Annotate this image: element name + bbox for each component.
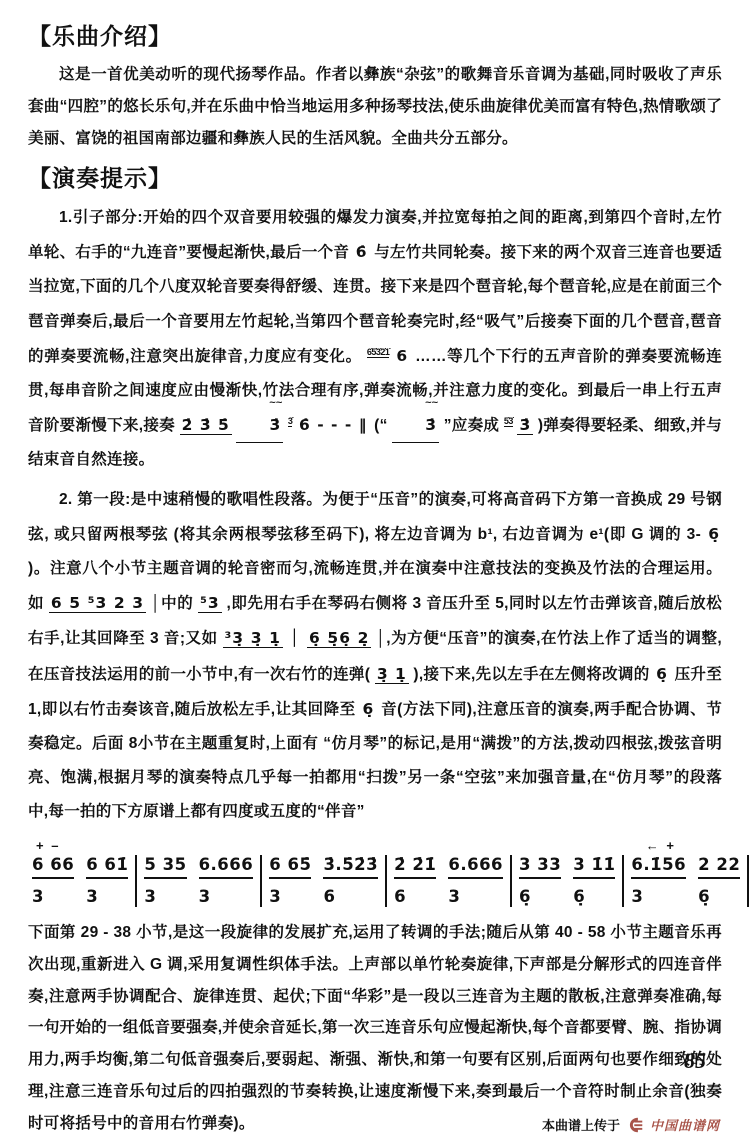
score-bottom-voice: 6 [394, 886, 406, 907]
score-beat: 6.1̇563 [631, 855, 686, 907]
score-top-voice: 6 61̇ [86, 855, 128, 879]
score-bottom-voice: 3 [199, 886, 211, 907]
p2-notation-example-1: 6 5 ⁵3 2 3 [49, 594, 146, 613]
footer-site-name: 中国曲谱网 [650, 1115, 720, 1134]
p1-grace-53: 5̇3̇ [504, 416, 513, 427]
score-top-voice: 3̇.5̇2̇3̇ [323, 855, 378, 879]
document-page: 【乐曲介绍】 这是一首优美动听的现代扬琴作品。作者以彝族“杂弦”的歌舞音乐音调为… [0, 0, 750, 1148]
trill-mark-icon: ~~ [238, 399, 282, 408]
p2-press-note: ⁵3 [198, 594, 222, 613]
score-measure: 6 65̇33̇.5̇2̇3̇6 [262, 855, 387, 907]
score-bottom-voice: 3 [144, 886, 156, 907]
qupu-logo-icon [626, 1117, 644, 1133]
trill-mark-icon: ~~ [394, 399, 438, 408]
score-measure: 6.1̇5632 226̣ [624, 855, 749, 907]
p2-notation-example-2b: 6̣ 5̣6̣ 2̣ [307, 629, 371, 648]
score-beat: 6 65̇3 [269, 855, 311, 907]
tips-heading: 【演奏提示】 [28, 160, 722, 193]
score-top-voice: 6 65̇ [269, 855, 311, 879]
p1-trill-note: ~~3̇ [236, 408, 283, 443]
score-beat: 3 336̣ [519, 855, 561, 907]
score-bottom-voice: 6̣ [519, 886, 531, 907]
p1-notation-run: 2̇ 3̇ 5̇ [180, 416, 232, 435]
score-top-voice: 3 33 [519, 855, 561, 879]
score-beat: 3 1̇1̇6̣ [573, 855, 615, 907]
p2-text: 音(方法下同),注意压音的演奏,两手配合协调、节奏稳定。后面 8小节在主题重复时… [28, 701, 722, 820]
score-beat: 3̇.5̇2̇3̇6 [323, 855, 378, 907]
p2-note-6low: 6̣ [706, 525, 722, 543]
p2-text: │中的 [151, 595, 193, 612]
score-bottom-voice: 3 [86, 886, 98, 907]
intro-paragraph: 这是一首优美动听的现代扬琴作品。作者以彝族“杂弦”的歌舞音乐音调为基础,同时吸收… [28, 59, 722, 154]
score-top-voice: 6.666 [448, 855, 503, 879]
score-bottom-voice: 6̣ [573, 886, 585, 907]
p1-notation-hold: 6̇ - - - ‖ [297, 416, 370, 434]
p1-text: ”应奏成 [444, 417, 500, 434]
score-hand-marks-right: ← + [646, 838, 676, 853]
p1-note-6high: 6̇ [354, 243, 370, 261]
tips-paragraph-2: 2. 第一段:是中速稍慢的歌唱性段落。为便于“压音”的演奏,可将高音码下方第一音… [28, 483, 722, 829]
score-top-voice: 3 1̇1̇ [573, 855, 615, 879]
p3-text: 下面第 29 - 38 小节,是这一段旋律的发展扩充,运用了转调的手法;随后从第… [28, 924, 722, 1132]
jianpu-score-line: + – ← + 6 6636 61̇35 3536.66636 65̇33̇.5… [30, 855, 722, 907]
score-measures: 6 6636 61̇35 3536.66636 65̇33̇.5̇2̇3̇62̇… [30, 855, 722, 907]
tips-paragraph-1: 1.引子部分:开始的四个双音要用较强的爆发力演奏,并拉宽每拍之间的距离,到第四个… [28, 201, 722, 477]
score-beat: 6 61̇3 [86, 855, 128, 907]
score-hand-marks-left: + – [36, 838, 60, 853]
p1-text: (“ [374, 417, 388, 434]
score-beat: 2 226̣ [698, 855, 740, 907]
score-beat: 6.6663 [448, 855, 503, 907]
score-bottom-voice: 6̣ [698, 886, 710, 907]
score-beat: 6 663 [32, 855, 74, 907]
intro-heading: 【乐曲介绍】 [28, 18, 722, 51]
score-beat: 5 353 [144, 855, 186, 907]
score-bottom-voice: 6 [323, 886, 335, 907]
score-beat: 6.6663 [199, 855, 254, 907]
score-bottom-voice: 3 [448, 886, 460, 907]
p1-note-3: 3̇ [517, 416, 533, 435]
p2-note-6low: 6̣ [361, 700, 377, 718]
intro-text: 这是一首优美动听的现代扬琴作品。作者以彝族“杂弦”的歌舞音乐音调为基础,同时吸收… [28, 66, 722, 147]
score-measure: 3 336̣3 1̇1̇6̣ [512, 855, 624, 907]
score-measure: 2̇ 2̇1̇66.6663 [387, 855, 512, 907]
score-top-voice: 5 35 [144, 855, 186, 879]
footer-uploaded-label: 本曲谱上传于 [542, 1115, 620, 1134]
p1-grace-3: 3̇ [288, 416, 293, 427]
score-top-voice: 6.1̇56 [631, 855, 686, 879]
page-number: 85 [684, 1048, 706, 1074]
p2-note-6low: 6̣ [654, 665, 670, 683]
p2-barline: │ [288, 629, 302, 647]
score-bottom-voice: 3 [269, 886, 281, 907]
p2-notation-example-2a: ³3̣ 3̣ 1̣ [223, 629, 283, 648]
score-beat: 2̇ 2̇1̇6 [394, 855, 436, 907]
score-measure: 6 6636 61̇3 [30, 855, 137, 907]
p2-double-strike: 3̣ 1̣ [375, 665, 409, 684]
score-bottom-voice: 3 [631, 886, 643, 907]
score-top-voice: 2 22 [698, 855, 740, 879]
p1-trill-note-2: ~~3̇ [392, 408, 439, 443]
score-top-voice: 6.666 [199, 855, 254, 879]
score-bottom-voice: 3 [32, 886, 44, 907]
score-top-voice: 6 66 [32, 855, 74, 879]
p1-note-6: 6 [394, 347, 410, 365]
p2-text: 2. 第一段:是中速稍慢的歌唱性段落。为便于“压音”的演奏,可将高音码下方第一音… [28, 491, 722, 543]
score-top-voice: 2̇ 2̇1̇ [394, 855, 436, 879]
score-measure: 5 3536.6663 [137, 855, 262, 907]
p2-text: ),接下来,先以左手在左侧将改调的 [413, 666, 649, 683]
tips-paragraph-3: 下面第 29 - 38 小节,是这一段旋律的发展扩充,运用了转调的手法;随后从第… [28, 917, 722, 1139]
footer: 本曲谱上传于 中国曲谱网 [542, 1115, 720, 1134]
p1-grace-run: 6̇5̇3̇2̇1̇ [367, 347, 390, 358]
